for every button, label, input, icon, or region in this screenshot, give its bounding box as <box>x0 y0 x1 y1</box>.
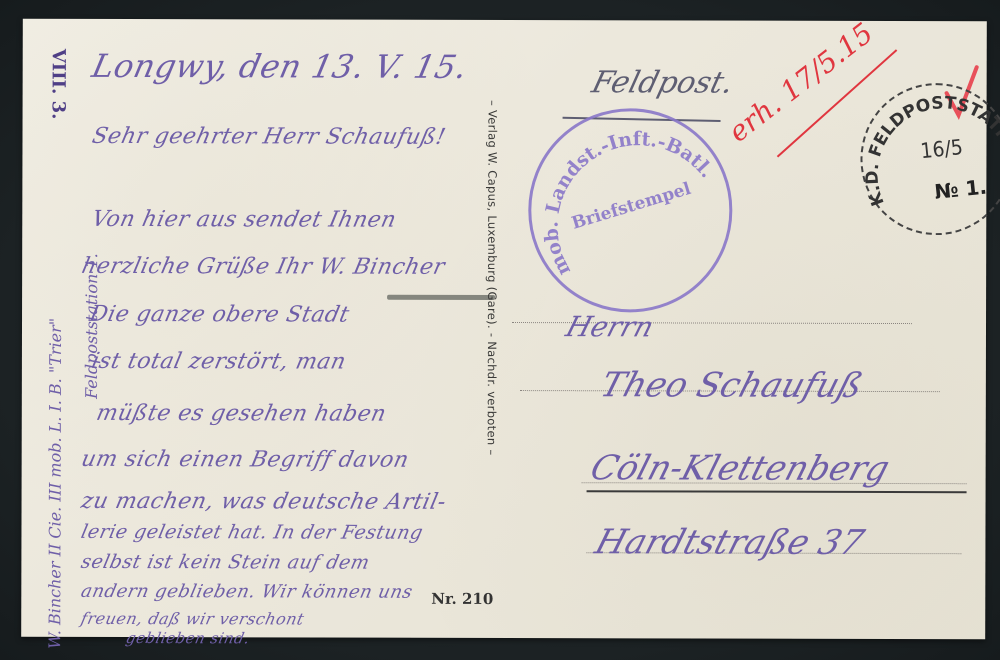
message-line: geblieben sind. <box>124 629 251 647</box>
signature-underline <box>387 295 495 300</box>
message-line: um sich einen Begriff davon <box>79 447 411 473</box>
message-line: selbst ist kein Stein auf dem <box>79 551 372 574</box>
postcard: VIII. 3. W. Bincher II Cie. III mob. L. … <box>21 19 987 640</box>
publisher-imprint: – Verlag W. Capus, Luxemburg (Gare). - N… <box>485 100 500 456</box>
message-line: lerie geleistet hat. In der Festung <box>79 521 425 544</box>
postmark-date: 16/5 <box>919 135 964 163</box>
unit-stamp: mob. Landst.-Inft.-Batl. A Briefstempel <box>528 108 733 313</box>
message-line: herzliche Grüße Ihr W. Bincher <box>79 254 447 280</box>
message-line: Sehr geehrter Herr Schaufuß! <box>90 124 448 150</box>
message-line: Von hier aus sendet Ihnen <box>90 207 399 233</box>
address-solid-line <box>587 490 967 493</box>
address-name: Theo Schaufuß <box>596 365 867 406</box>
message-line: müßte es gesehen haben <box>94 401 389 427</box>
postmark: K.D. FELDPOSTSTATION 16/5 № 1. <box>860 83 1000 235</box>
address-street: Hardtstraße 37 <box>591 522 869 563</box>
feldpost-label: Feldpost. <box>588 65 737 100</box>
message-line: andern geblieben. Wir können uns <box>79 581 415 603</box>
received-note: erh. 17/5.15 <box>722 16 879 148</box>
address-salutation: Herrn <box>562 310 657 343</box>
card-number: Nr. 210 <box>431 590 493 608</box>
message-line: freuen, daß wir verschont <box>79 609 306 629</box>
place-date: Longwy, den 13. V. 15. <box>89 47 471 86</box>
unit-numeral: VIII. 3. <box>48 49 69 120</box>
address-city: Cöln-Klettenberg <box>586 448 894 489</box>
message-line: zu machen, was deutsche Artil- <box>79 489 449 515</box>
message-line: Die ganze obere Stadt <box>87 302 351 328</box>
message-line: ist total zerstört, man <box>89 349 348 375</box>
margin-note-sender: W. Bincher II Cie. III mob. L. I. B. "Tr… <box>45 318 65 649</box>
